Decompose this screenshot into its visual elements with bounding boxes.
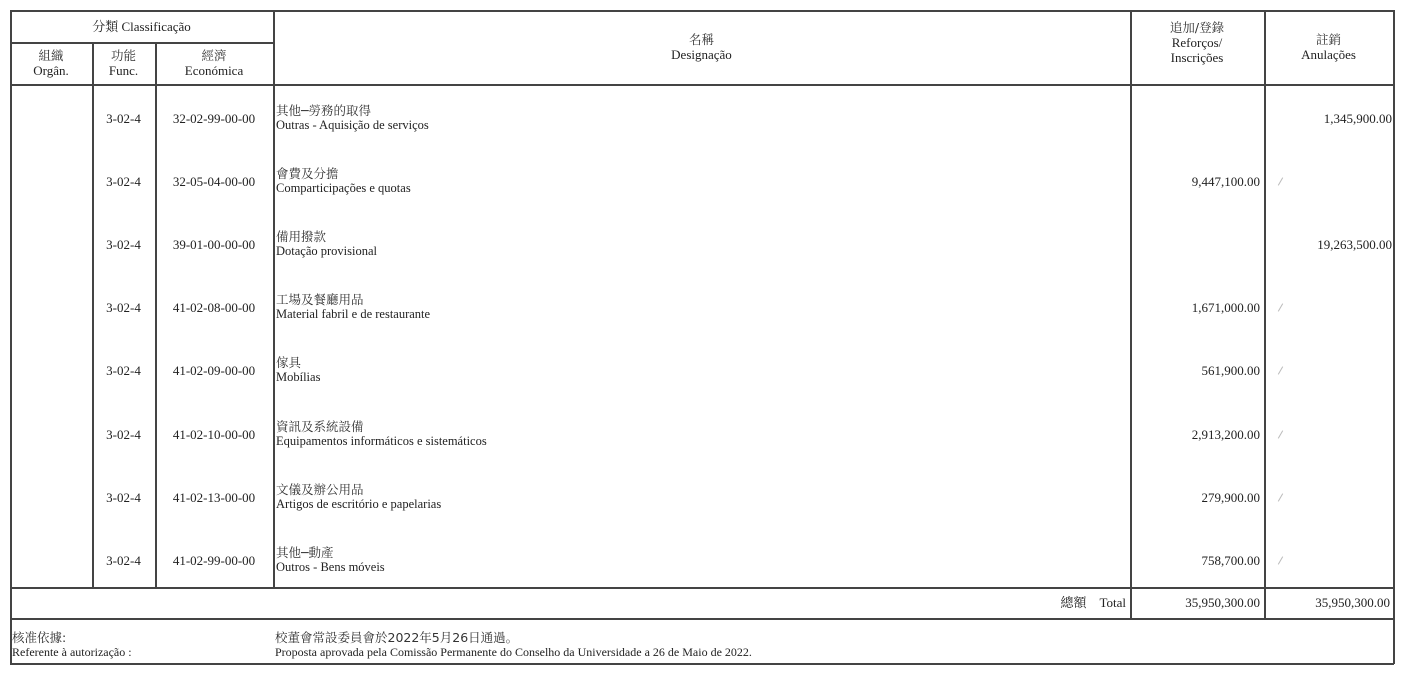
- designation-pt: Outras - Aquisição de serviços: [276, 118, 1126, 133]
- designation-zh: 其他─動產: [276, 545, 1126, 560]
- designation-zh: 資訊及系統設備: [276, 419, 1126, 434]
- budget-amendment-table: 分類 Classificação 組織 Orgân. 功能 Func. 經濟 E…: [10, 10, 1394, 664]
- designation-pt: Equipamentos informáticos e sistemáticos: [276, 434, 1126, 449]
- tick-mark: [1278, 177, 1283, 185]
- func-code: 3-02-4: [92, 553, 155, 568]
- func-header-zh: 功能: [92, 48, 155, 63]
- reforcos-header-zh: 追加/登錄: [1130, 20, 1264, 35]
- designation: 文儀及辦公用品Artigos de escritório e papelaria…: [276, 482, 1126, 512]
- designation-zh: 工場及餐廳用品: [276, 292, 1126, 307]
- economic-code: 39-01-00-00-00: [155, 237, 273, 252]
- anulacoes-amount: 1,345,900.00: [1264, 111, 1392, 126]
- anulacoes-header-zh: 註銷: [1264, 32, 1393, 47]
- tick-mark: [1278, 304, 1283, 312]
- reforcos-amount: 279,900.00: [1130, 490, 1260, 505]
- designacao-header-pt: Designação: [273, 47, 1130, 62]
- anulacoes-amount: 19,263,500.00: [1264, 237, 1392, 252]
- authorization-text-pt: Proposta aprovada pela Comissão Permanen…: [275, 645, 1375, 660]
- designation: 備用撥款Dotação provisional: [276, 229, 1126, 259]
- economic-code: 41-02-10-00-00: [155, 427, 273, 442]
- func-code: 3-02-4: [92, 300, 155, 315]
- designation-zh: 其他─勞務的取得: [276, 103, 1126, 118]
- economic-code: 41-02-99-00-00: [155, 553, 273, 568]
- header-bottom-border: [10, 84, 1394, 86]
- reforcos-amount: 561,900.00: [1130, 363, 1260, 378]
- economic-code: 41-02-13-00-00: [155, 490, 273, 505]
- reforcos-amount: 9,447,100.00: [1130, 174, 1260, 189]
- economic-code: 32-02-99-00-00: [155, 111, 273, 126]
- designacao-header-zh: 名稱: [273, 32, 1130, 47]
- economic-code: 41-02-08-00-00: [155, 300, 273, 315]
- designation-pt: Material fabril e de restaurante: [276, 307, 1126, 322]
- reforcos-amount: 758,700.00: [1130, 553, 1260, 568]
- designacao-header: 名稱 Designação: [273, 32, 1130, 62]
- designation: 其他─勞務的取得Outras - Aquisição de serviços: [276, 103, 1126, 133]
- designation-pt: Dotação provisional: [276, 244, 1126, 259]
- economica-header-pt: Económica: [155, 63, 273, 78]
- organ-header-pt: Orgân.: [10, 63, 92, 78]
- func-code: 3-02-4: [92, 111, 155, 126]
- tick-mark: [1278, 556, 1283, 564]
- designation-pt: Comparticipações e quotas: [276, 181, 1126, 196]
- func-header: 功能 Func.: [92, 48, 155, 78]
- classification-header: 分類 Classificação: [10, 19, 273, 34]
- reforcos-header-pt2: Inscrições: [1130, 50, 1264, 65]
- func-header-pt: Func.: [92, 63, 155, 78]
- economica-header-zh: 經濟: [155, 48, 273, 63]
- reforcos-header: 追加/登錄 Reforços/ Inscrições: [1130, 20, 1264, 65]
- total-label: 總額 Total: [273, 595, 1126, 610]
- designation: 工場及餐廳用品Material fabril e de restaurante: [276, 292, 1126, 322]
- func-code: 3-02-4: [92, 490, 155, 505]
- func-code: 3-02-4: [92, 174, 155, 189]
- authorization-label: 核准依據: Referente à autorização :: [12, 630, 267, 660]
- designation-pt: Artigos de escritório e papelarias: [276, 497, 1126, 512]
- reforcos-header-pt1: Reforços/: [1130, 35, 1264, 50]
- designation-zh: 會費及分擔: [276, 166, 1126, 181]
- body-bottom-border: [10, 587, 1394, 589]
- organ-header: 組織 Orgân.: [10, 48, 92, 78]
- reforcos-amount: 1,671,000.00: [1130, 300, 1260, 315]
- designation-zh: 備用撥款: [276, 229, 1126, 244]
- tick-mark: [1278, 430, 1283, 438]
- organ-header-zh: 組織: [10, 48, 92, 63]
- designation-pt: Mobílias: [276, 370, 1126, 385]
- col-divider-economica: [273, 10, 275, 588]
- classification-label: 分類 Classificação: [92, 19, 191, 34]
- func-code: 3-02-4: [92, 363, 155, 378]
- economic-code: 32-05-04-00-00: [155, 174, 273, 189]
- authorization-text-zh: 校董會常設委員會於2022年5月26日通過。: [275, 630, 1375, 645]
- tick-mark: [1278, 493, 1283, 501]
- table-border-bottom: [10, 663, 1394, 665]
- economic-code: 41-02-09-00-00: [155, 363, 273, 378]
- reforcos-amount: 2,913,200.00: [1130, 427, 1260, 442]
- classification-divider: [10, 42, 273, 44]
- total-anulacoes: 35,950,300.00: [1264, 595, 1390, 610]
- anulacoes-header: 註銷 Anulações: [1264, 32, 1393, 62]
- designation-zh: 傢具: [276, 355, 1126, 370]
- designation: 傢具Mobílias: [276, 355, 1126, 385]
- total-reforcos: 35,950,300.00: [1130, 595, 1260, 610]
- authorization-label-zh: 核准依據:: [12, 630, 267, 645]
- economica-header: 經濟 Económica: [155, 48, 273, 78]
- table-border-top: [10, 10, 1394, 12]
- designation-pt: Outros - Bens móveis: [276, 560, 1126, 575]
- designation: 資訊及系統設備Equipamentos informáticos e siste…: [276, 419, 1126, 449]
- designation: 其他─動產Outros - Bens móveis: [276, 545, 1126, 575]
- col-divider-reforcos: [1264, 10, 1266, 619]
- table-border-right: [1393, 10, 1395, 664]
- authorization-label-pt: Referente à autorização :: [12, 645, 267, 660]
- authorization-text: 校董會常設委員會於2022年5月26日通過。 Proposta aprovada…: [275, 630, 1375, 660]
- designation-zh: 文儀及辦公用品: [276, 482, 1126, 497]
- tick-mark: [1278, 367, 1283, 375]
- table-border-left: [10, 10, 12, 664]
- func-code: 3-02-4: [92, 237, 155, 252]
- designation: 會費及分擔Comparticipações e quotas: [276, 166, 1126, 196]
- anulacoes-header-pt: Anulações: [1264, 47, 1393, 62]
- func-code: 3-02-4: [92, 427, 155, 442]
- total-bottom-border: [10, 618, 1394, 620]
